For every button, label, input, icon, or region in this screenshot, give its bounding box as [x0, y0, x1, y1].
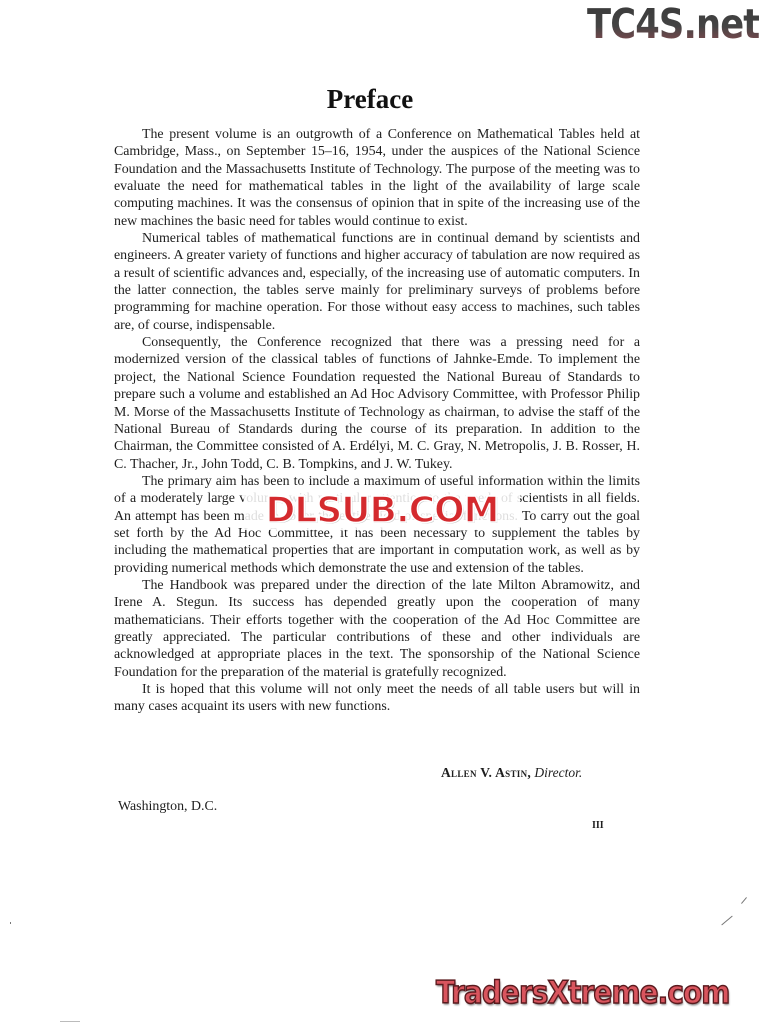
scan-speck — [721, 916, 732, 926]
watermark-dlsub: DLSUB.COM — [244, 490, 520, 530]
paragraph-5: The Handbook was prepared under the dire… — [114, 577, 640, 681]
page-number: III — [592, 820, 604, 831]
paragraph-2: Numerical tables of mathematical functio… — [114, 230, 640, 334]
signature: Allen V. Astin, Director. — [441, 765, 582, 781]
paragraph-3: Consequently, the Conference recognized … — [114, 334, 640, 473]
paragraph-6: It is hoped that this volume will not on… — [114, 681, 640, 716]
place-line: Washington, D.C. — [118, 799, 217, 815]
paragraph-1: The present volume is an outgrowth of a … — [114, 126, 640, 230]
scan-speck — [10, 922, 11, 924]
document-page: TC4S.net Preface The present volume is a… — [0, 0, 763, 1024]
scan-speck — [741, 897, 747, 904]
watermark-tradersxtreme: TradersXtreme.com — [436, 975, 729, 1011]
page-title: Preface — [0, 84, 740, 115]
scan-speck — [60, 1021, 80, 1022]
watermark-tc4s: TC4S.net — [587, 2, 759, 46]
signatory-title: Director. — [534, 765, 582, 780]
preface-body: The present volume is an outgrowth of a … — [114, 126, 640, 716]
signatory-name: Allen V. Astin, — [441, 765, 531, 780]
